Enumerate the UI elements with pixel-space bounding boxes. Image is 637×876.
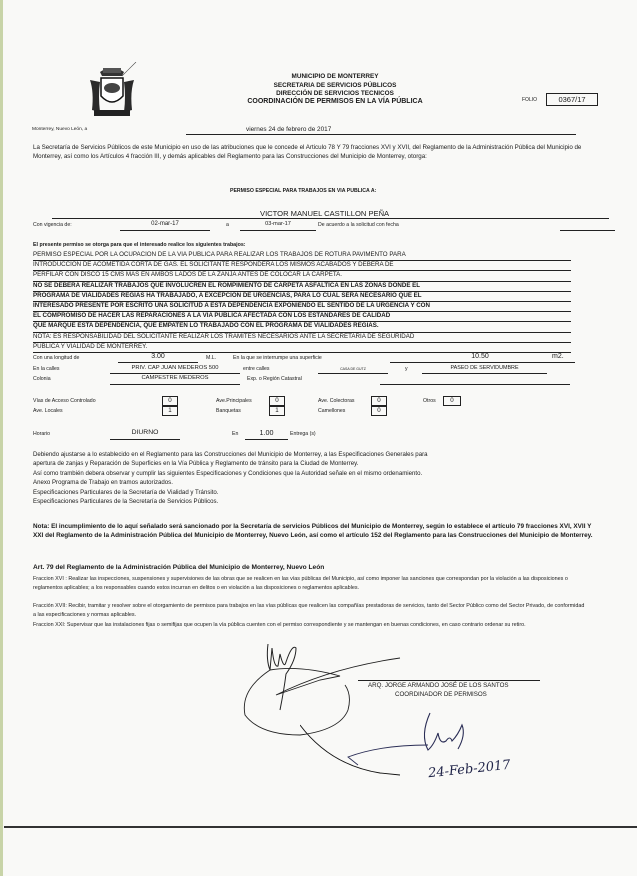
deliveries-label: Entrega (s)	[290, 431, 316, 437]
surface-label: En la que se interrumpe una superficie	[233, 355, 322, 361]
median-count: 0	[371, 406, 387, 416]
street-line	[110, 373, 240, 374]
article-fraction: Fracción XVII: Recibir, tramitar y resol…	[33, 602, 588, 619]
between-line-1	[318, 373, 388, 374]
cadastral-line	[380, 384, 570, 385]
street-label: En la calles	[33, 366, 60, 372]
length-label: Con una longitud de	[33, 355, 79, 361]
date-line	[186, 134, 576, 135]
validity-to: 03-mar-17	[240, 221, 316, 227]
grantee-line	[52, 218, 609, 219]
compliance-line: Especificaciones Particulares de la Secr…	[33, 498, 218, 505]
signatory-name: ARQ. JORGE ARMANDO JOSÉ DE LOS SANTOS	[368, 682, 509, 689]
between-line-2	[422, 373, 547, 374]
local-ave-label: Ave. Locales	[33, 408, 63, 414]
surface-line	[390, 362, 575, 363]
other-label: Otros	[423, 398, 436, 404]
in-label: En	[232, 431, 238, 437]
permit-document: Monterrey, Nuevo León, a MUNICIPIO DE MO…	[0, 0, 637, 876]
between-street-2: PASEO DE SERVIDUMBRE	[422, 365, 547, 371]
local-ave-count: 1	[162, 406, 178, 416]
validity-to-line	[240, 230, 316, 231]
surface-value: 10.50	[430, 353, 530, 360]
article-fraction: Fraccion XVI : Realizar las inspecciones…	[33, 575, 588, 592]
folio-number: 0367/17	[546, 93, 598, 106]
coat-of-arms-icon	[86, 62, 138, 120]
folio-label: FOLIO	[522, 97, 537, 103]
validity-label: Con vigencia de:	[33, 222, 72, 228]
grantee-name: VICTOR MANUEL CASTILLON PEÑA	[260, 209, 389, 218]
page-bottom-edge	[4, 826, 637, 828]
compliance-line: Debiendo ajustarse a lo establecido en e…	[33, 451, 428, 458]
request-date-label: De acuerdo a la solicitud con fecha	[318, 222, 399, 228]
controlled-access-label: Vías de Acceso Controlado	[33, 398, 96, 404]
validity-from-line	[120, 230, 210, 231]
article-title: Art. 79 del Reglamento de la Administrac…	[33, 564, 324, 571]
collector-ave-label: Ave. Colectoras	[318, 398, 355, 404]
length-value: 3.00	[118, 353, 198, 360]
length-line	[118, 362, 198, 363]
compliance-line: apertura de zanjas y Reparación de Super…	[33, 460, 358, 467]
sidewalk-count: 1	[269, 406, 285, 416]
between-street-1: CASA DE GUTZ	[318, 367, 388, 371]
main-ave-label: Ave.Principales	[216, 398, 252, 404]
signatory-title: COORDINADOR DE PERMISOS	[395, 691, 487, 698]
street-value: PRIV. CAP JUAN MEDEROS 500	[110, 365, 240, 371]
issue-date: viernes 24 de febrero de 2017	[246, 126, 331, 133]
intro-paragraph: La Secretaría de Servicios Públicos de e…	[33, 144, 593, 161]
other-count: 0	[443, 396, 461, 406]
city-label: Monterrey, Nuevo León, a	[32, 127, 87, 132]
deliveries-value: 1.00	[245, 428, 288, 437]
municipality-title: MUNICIPIO DE MONTERREY	[200, 72, 470, 81]
colony-label: Colonia	[33, 376, 51, 382]
sanction-note: Nota: El incumplimiento de lo aquí señal…	[33, 522, 593, 541]
validity-sep: a	[226, 222, 229, 228]
works-intro: El presente permiso se otorga para que e…	[33, 242, 246, 248]
surface-unit: m2.	[552, 353, 564, 360]
main-ave-count: 0	[269, 396, 285, 406]
compliance-line: Así como trambién debera observar y cump…	[33, 470, 422, 477]
schedule-label: Horario	[33, 431, 50, 437]
schedule-value: DIURNO	[110, 429, 180, 436]
signature-line	[358, 680, 540, 681]
deliveries-line	[245, 439, 288, 440]
colony-line	[110, 384, 240, 385]
schedule-line	[110, 439, 180, 440]
compliance-line: Especificaciones Particulares de la Secr…	[33, 489, 219, 496]
median-label: Camellones	[318, 408, 345, 414]
between-label: entre calles	[243, 366, 270, 372]
colony-value: CAMPESTRE MEDEROS	[110, 375, 240, 381]
scan-edge	[0, 0, 3, 876]
sidewalk-label: Banquetas	[216, 408, 241, 414]
coordination-title: COORDINACIÓN DE PERMISOS EN LA VÍA PÚBLI…	[200, 97, 470, 106]
cadastral-label: Exp. o Región Catastral	[247, 376, 302, 382]
collector-ave-count: 0	[371, 396, 387, 406]
work-line: PUBLICA Y VIALIDAD DE MONTERREY.	[33, 342, 571, 353]
article-fraction: Fraccion XXI: Supervisar que las instala…	[33, 621, 588, 630]
compliance-line: Anexo Programa de Trabajo en tramos auto…	[33, 479, 173, 486]
between-sep: y	[405, 366, 408, 372]
permit-heading: PERMISO ESPECIAL PARA TRABAJOS EN VIA PU…	[230, 188, 376, 194]
controlled-access-count: 0	[162, 396, 178, 406]
length-unit: M.L.	[206, 355, 216, 361]
validity-from: 02-mar-17	[120, 221, 210, 227]
request-date-line	[560, 230, 615, 231]
